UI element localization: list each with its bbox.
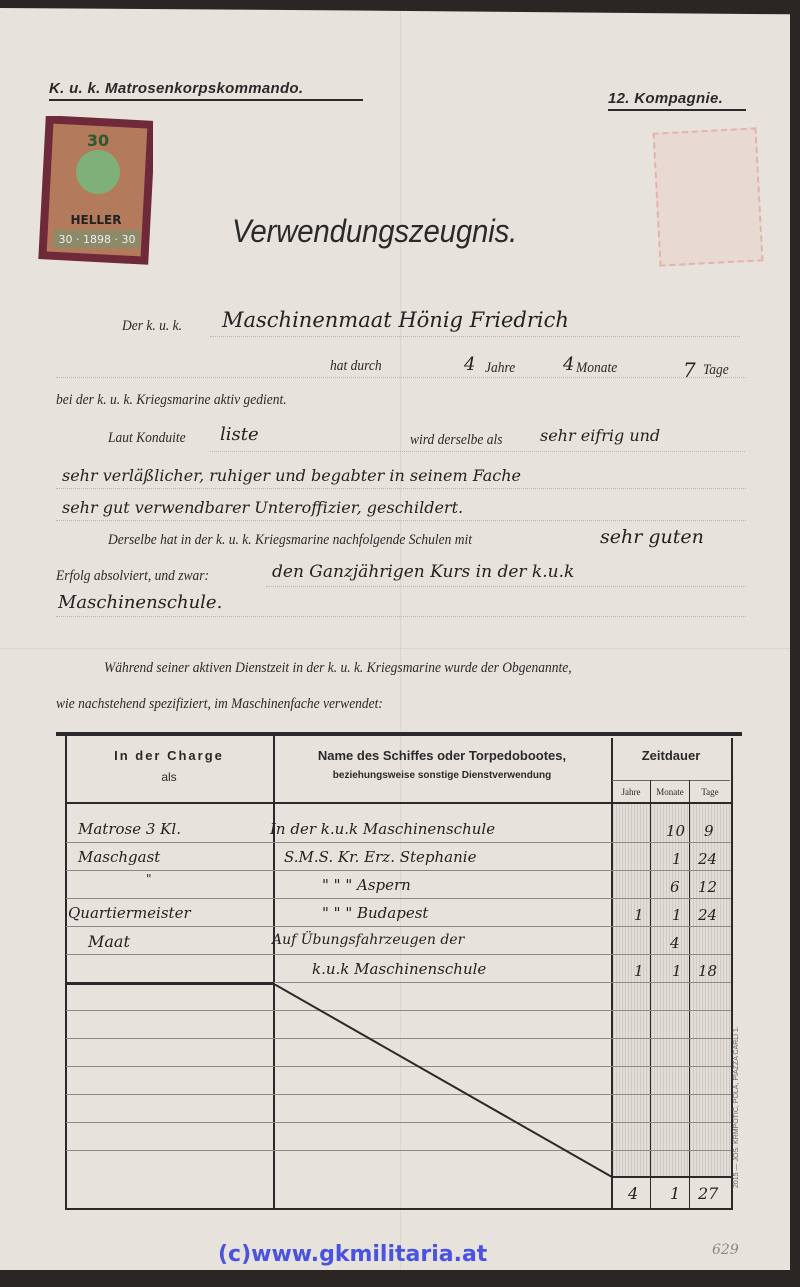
row-2-monate: 1 [672, 850, 682, 868]
row-2-tage: 24 [698, 850, 717, 868]
row-3-tage: 12 [698, 878, 717, 896]
row-5-monate: 4 [670, 934, 680, 952]
rank-name-hw: Maschinenmaat Hönig Friedrich [222, 308, 569, 332]
service-line1: Während seiner aktiven Dienstzeit in der… [104, 660, 572, 677]
cancel-diagonal [274, 984, 614, 1180]
row-6-tage: 18 [698, 962, 717, 980]
schools-result-hw: sehr guten [600, 526, 704, 548]
service-line2: wie nachstehend spezifiziert, im Maschin… [56, 696, 383, 713]
row-6-ship: k.u.k Maschinenschule [312, 960, 486, 978]
col-charge-header: In der Charge [66, 748, 272, 763]
col-duration-header: Zeitdauer [612, 748, 730, 763]
printer-imprint: 2015 — JOS. KRMPOTIĆ, POLA, PIAZZA CARLI… [733, 1026, 740, 1188]
row-2-ship: S.M.S. Kr. Erz. Stephanie [284, 848, 476, 866]
row-4-monate: 1 [672, 906, 682, 924]
months-label: Monate [576, 360, 617, 377]
revenue-stamp-icon: 30 HELLER 30 · 1898 · 30 [38, 116, 153, 266]
row-4-jahre: 1 [634, 906, 644, 924]
row-1-ship: In der k.u.k Maschinenschule [270, 820, 495, 838]
row-3-monate: 6 [670, 878, 680, 896]
row-6-jahre: 1 [634, 962, 644, 980]
conduct-hw-2: sehr verläßlicher, ruhiger und begabter … [62, 466, 521, 485]
pencil-note: 629 [712, 1242, 739, 1258]
document-sheet: K. u. k. Matrosenkorpskommando. 12. Komp… [0, 8, 790, 1270]
years-hw: 4 [464, 354, 475, 375]
col-charge-sub: als [66, 770, 272, 784]
row-4-tage: 24 [698, 906, 717, 924]
document-title: Verwendungszeugnis. [232, 213, 517, 250]
der-kuk-label: Der k. u. k. [122, 318, 182, 335]
row-4-ship: " " " Budapest [322, 904, 428, 922]
total-jahre: 4 [628, 1184, 638, 1203]
sub-monate: Monate [651, 787, 689, 797]
row-3-ship: " " " Aspern [322, 876, 411, 894]
col-ship-header: Name des Schiffes oder Torpedobootes, [274, 748, 610, 763]
years-label: Jahre [485, 360, 515, 377]
col-ship-sub: beziehungsweise sonstige Dienstverwendun… [274, 770, 610, 781]
svg-text:HELLER: HELLER [71, 213, 122, 227]
service-table: In der Charge als Name des Schiffes oder… [56, 732, 742, 1210]
conduct-hw-3: sehr gut verwendbarer Unteroffizier, ges… [62, 498, 463, 517]
served-text: bei der k. u. k. Kriegsmarine aktiv gedi… [56, 392, 287, 409]
days-hw: 7 [683, 358, 696, 382]
svg-text:30: 30 [87, 131, 109, 150]
row-4-charge: Quartiermeister [68, 904, 191, 922]
row-5-charge: Maat [88, 932, 130, 951]
row-1-monate: 10 [666, 822, 685, 840]
company-header: 12. Kompagnie. [608, 90, 746, 111]
conduct-hw-1: sehr eifrig und [540, 426, 660, 445]
school-hw-2: Maschinenschule. [58, 592, 222, 613]
total-tage: 27 [698, 1184, 718, 1203]
months-hw: 4 [563, 354, 574, 375]
row-1-charge: Matrose 3 Kl. [78, 820, 181, 838]
school-hw-1: den Ganzjährigen Kurs in der k.u.k [272, 562, 574, 582]
watermark-text: (c)www.gkmilitaria.at [218, 1242, 487, 1267]
sub-tage: Tage [690, 787, 730, 797]
schools-line1: Derselbe hat in der k. u. k. Kriegsmarin… [108, 532, 472, 549]
row-1-tage: 9 [704, 822, 714, 840]
row-6-monate: 1 [672, 962, 682, 980]
row-2-charge: Maschgast [78, 848, 160, 866]
konduite-liste-hw: liste [220, 424, 259, 445]
schools-line2: Erfolg absolviert, und zwar: [56, 568, 209, 585]
konduite-label: Laut Konduite [108, 430, 186, 447]
hat-durch-label: hat durch [330, 358, 382, 375]
command-header: K. u. k. Matrosenkorpskommando. [49, 80, 363, 101]
svg-text:30 · 1898 · 30: 30 · 1898 · 30 [59, 233, 136, 246]
total-monate: 1 [670, 1184, 680, 1203]
wird-derselbe-label: wird derselbe als [410, 432, 503, 449]
sub-jahre: Jahre [612, 787, 650, 797]
row-3-charge: " [146, 872, 152, 886]
red-seal-stamp [653, 127, 764, 266]
row-5-ship: Auf Übungsfahrzeugen der [272, 932, 464, 948]
